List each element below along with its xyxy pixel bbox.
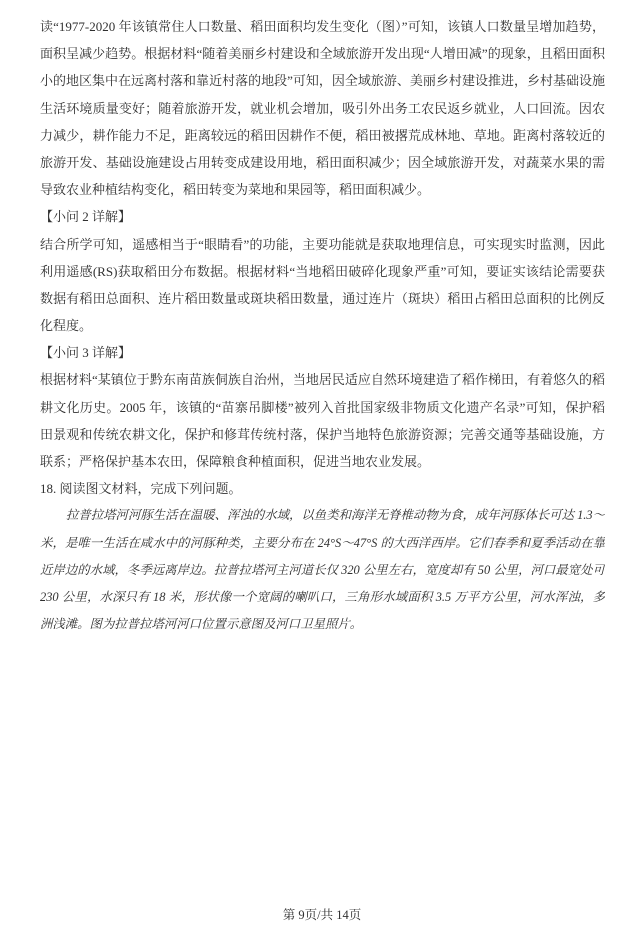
document-content: 读“1977-2020 年该镇常住人口数量、稻田面积均发生变化（图）”可知，该镇… xyxy=(40,13,605,638)
text-line: 数据有稻田总面积、连片稻田数量或斑块稻田数量，通过连片（斑块）稻田占稻田总面积的… xyxy=(40,285,605,312)
text-line: 田景观和传统农耕文化，保护和修茸传统村落，保护当地特色旅游资源；完善交通等基础设… xyxy=(40,421,605,448)
page-number: 第 9页/共 14页 xyxy=(0,906,644,924)
text-line: 读“1977-2020 年该镇常住人口数量、稻田面积均发生变化（图）”可知，该镇… xyxy=(40,13,605,40)
subquestion-3-header: 【小问 3 详解】 xyxy=(40,339,605,366)
text-line: 【小问 3 详解】 xyxy=(40,339,605,366)
text-line: 洲浅滩。图为拉普拉塔河河口位置示意图及河口卫星照片。 xyxy=(40,611,605,638)
text-line: 生活环境质量变好；随着旅游开发，就业机会增加，吸引外出务工农民返乡就业，人口回流… xyxy=(40,95,605,122)
answer-detail-3: 根据材料“某镇位于黔东南苗族侗族自治州，当地居民适应自然环境建造了稻作梯田，有着… xyxy=(40,366,605,475)
question-18-material: 拉普拉塔河河豚生活在温暖、浑浊的水域，以鱼类和海洋无脊椎动物为食，成年河豚体长可… xyxy=(40,502,605,638)
text-line: 拉普拉塔河河豚生活在温暖、浑浊的水域，以鱼类和海洋无脊椎动物为食，成年河豚体长可… xyxy=(40,502,605,529)
question-18-stem: 18. 阅读图文材料，完成下列问题。 xyxy=(40,475,605,502)
text-line: 化程度。 xyxy=(40,312,605,339)
text-line: 旅游开发、基础设施建设占用转变成建设用地，稻田面积减少；因全域旅游开发，对蔬菜水… xyxy=(40,149,605,176)
text-line: 力减少，耕作能力不足，距离较远的稻田因耕作不便，稻田被撂荒成林地、草地。距离村落… xyxy=(40,122,605,149)
text-line: 耕文化历史。2005 年，该镇的“苗寨吊脚楼”被列入首批国家级非物质文化遗产名录… xyxy=(40,394,605,421)
text-line: 导致农业种植结构变化，稻田转变为菜地和果园等，稻田面积减少。 xyxy=(40,176,605,203)
text-line: 面积呈减少趋势。根据材料“随着美丽乡村建设和全域旅游开发出现“人增田减”的现象，… xyxy=(40,40,605,67)
answer-detail-2: 结合所学可知，遥感相当于“眼睛看”的功能，主要功能就是获取地理信息，可实现实时监… xyxy=(40,231,605,340)
text-line: 米，是唯一生活在咸水中的河豚种类，主要分布在 24°S～47°S 的大西洋西岸。… xyxy=(40,530,605,557)
text-line: 利用遥感(RS)获取稻田分布数据。根据材料“当地稻田破碎化现象严重”可知，要证实… xyxy=(40,258,605,285)
text-line: 230 公里，水深只有 18 米，形状像一个宽阔的喇叭口，三角形水域面积 3.5… xyxy=(40,584,605,611)
text-line: 结合所学可知，遥感相当于“眼睛看”的功能，主要功能就是获取地理信息，可实现实时监… xyxy=(40,231,605,258)
text-line: 【小问 2 详解】 xyxy=(40,203,605,230)
answer-detail-1-continued: 读“1977-2020 年该镇常住人口数量、稻田面积均发生变化（图）”可知，该镇… xyxy=(40,13,605,203)
text-line: 根据材料“某镇位于黔东南苗族侗族自治州，当地居民适应自然环境建造了稻作梯田，有着… xyxy=(40,366,605,393)
text-line: 联系；严格保护基本农田，保障粮食种植面积，促进当地农业发展。 xyxy=(40,448,605,475)
text-line: 18. 阅读图文材料，完成下列问题。 xyxy=(40,475,605,502)
text-line: 近岸边的水域，冬季远离岸边。拉普拉塔河主河道长仅 320 公里左右，宽度却有 5… xyxy=(40,557,605,584)
text-line: 小的地区集中在远离村落和靠近村落的地段”可知，因全域旅游、美丽乡村建设推进，乡村… xyxy=(40,67,605,94)
subquestion-2-header: 【小问 2 详解】 xyxy=(40,203,605,230)
